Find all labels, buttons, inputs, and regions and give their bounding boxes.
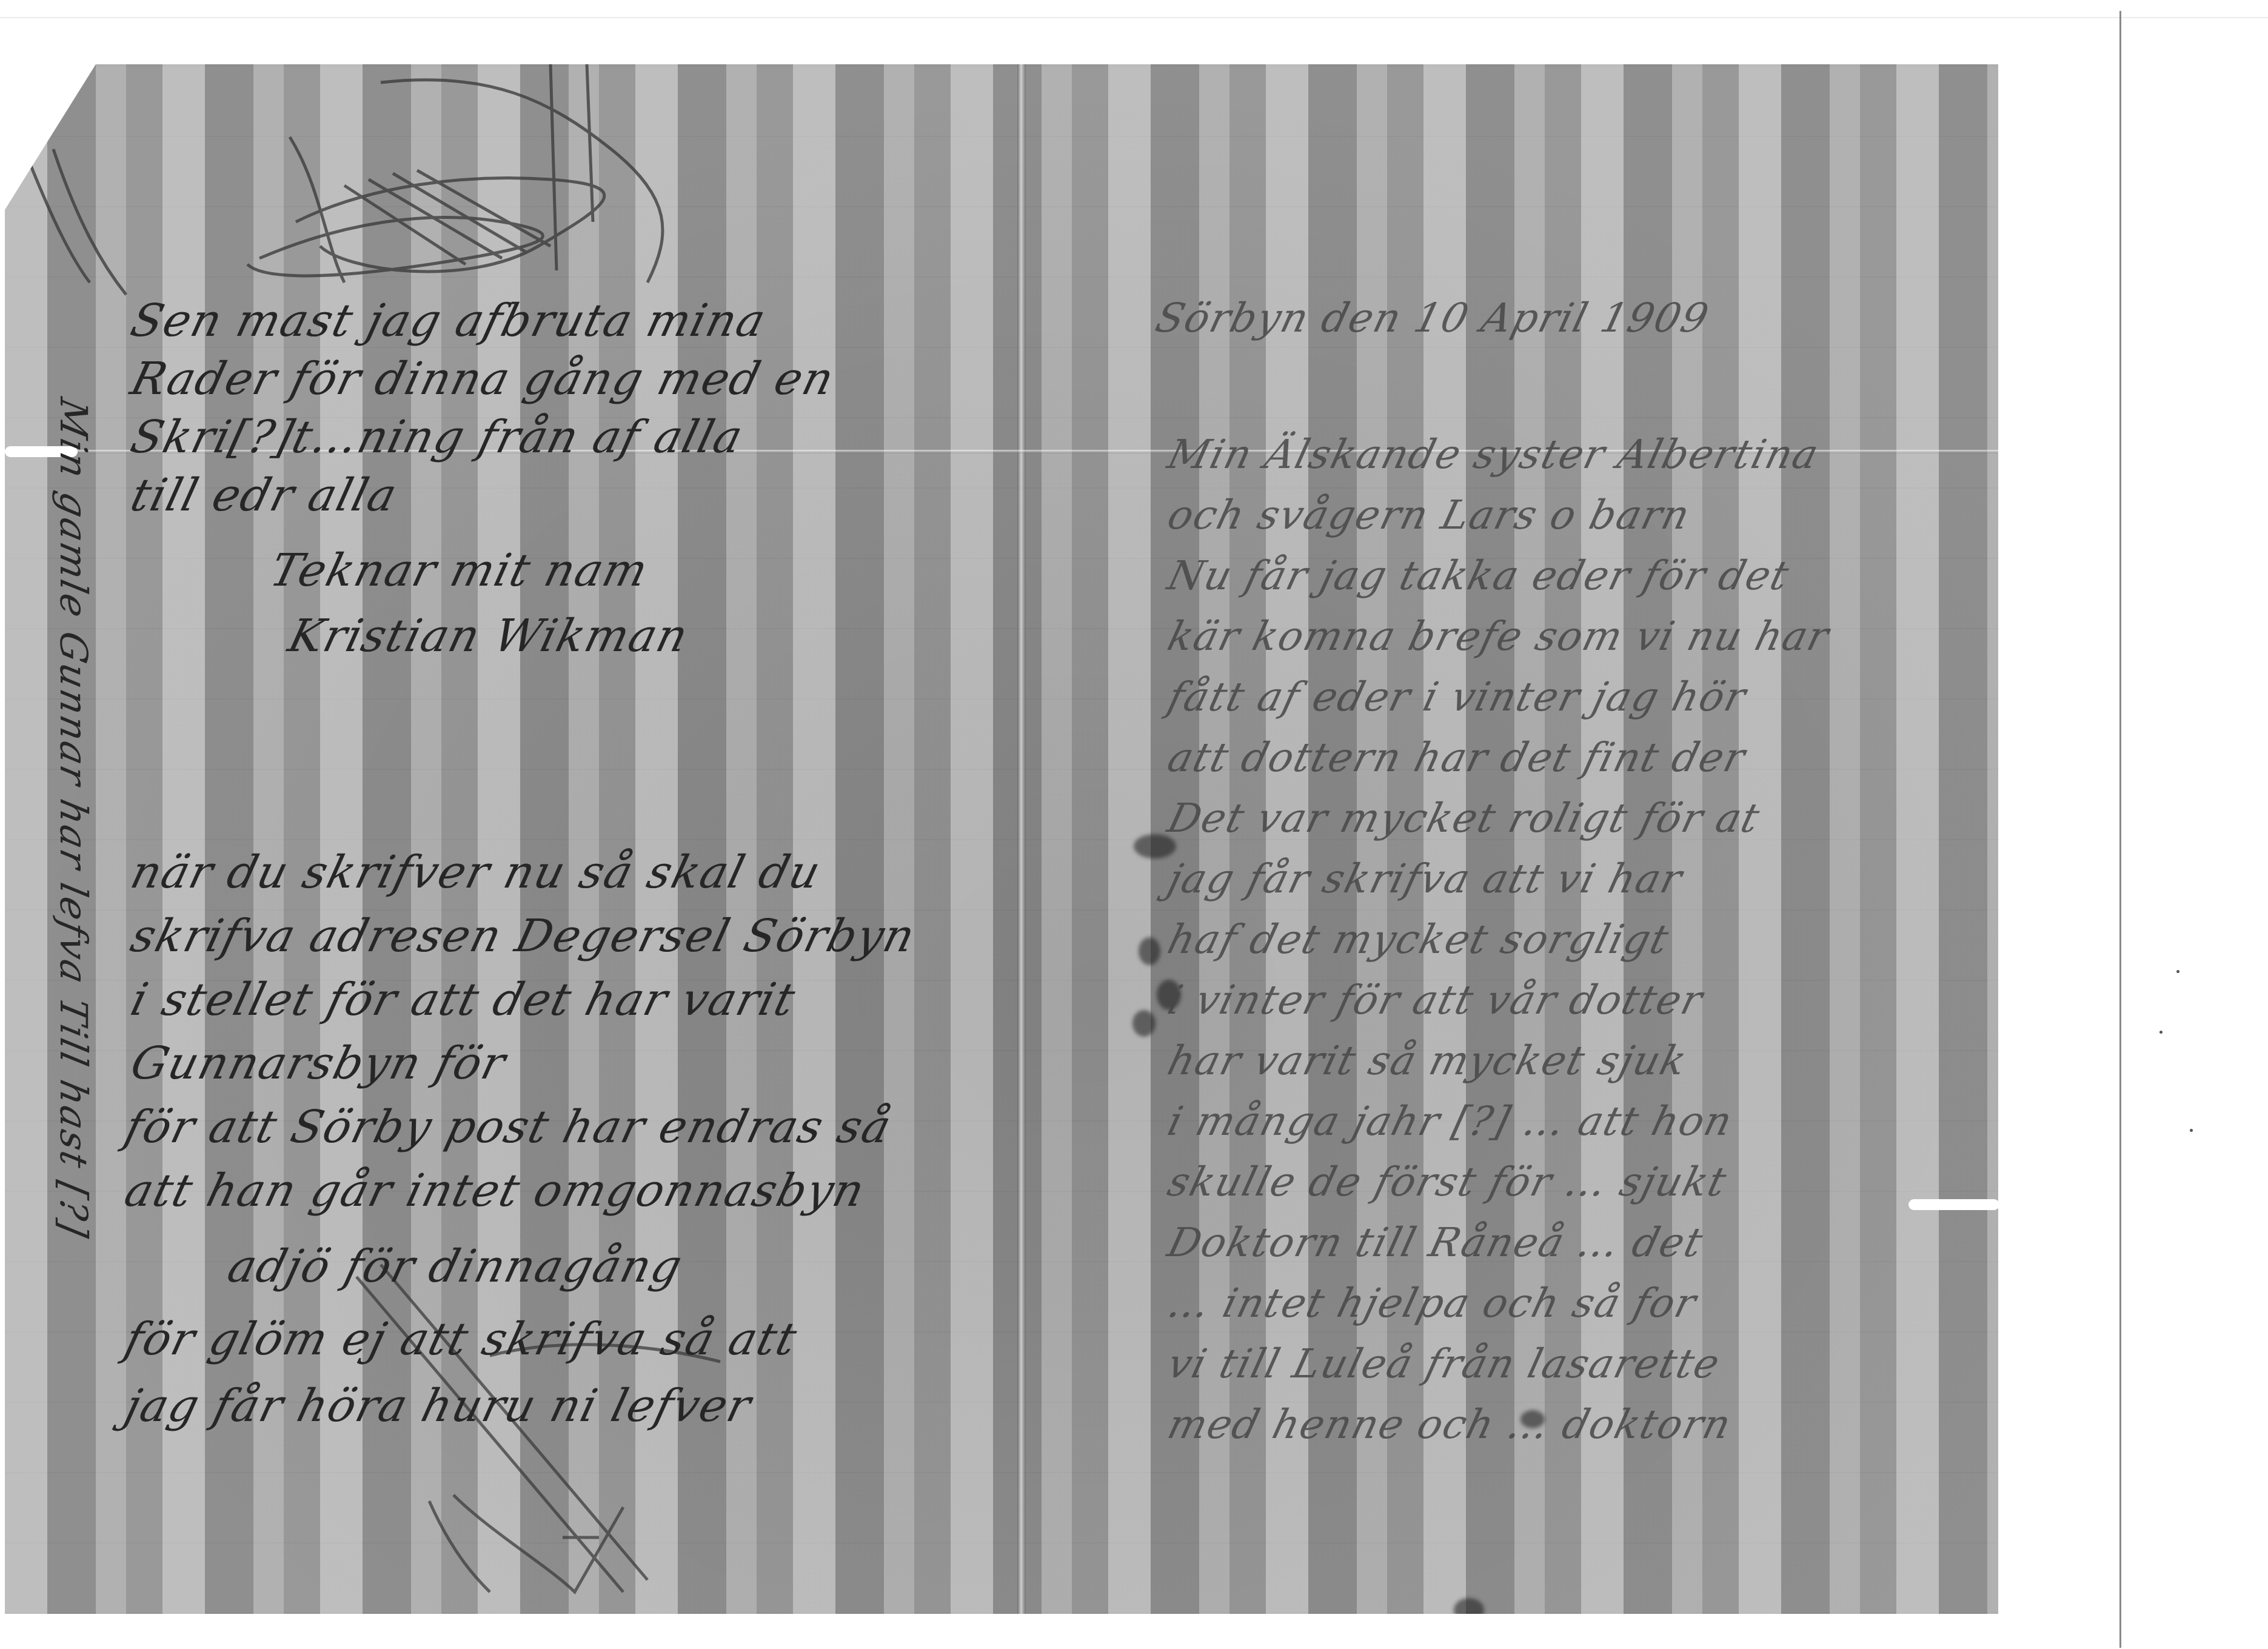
- centre-fold: [1017, 64, 1026, 1614]
- postscript-line: Gunnarsbyn för: [125, 1037, 512, 1089]
- dust-speck: [2190, 1129, 2193, 1132]
- letter-paper: Sen mast jag afbruta mina Rader för dinn…: [5, 64, 1998, 1614]
- letter-line: vi till Luleå från lasarette: [1163, 1340, 1725, 1387]
- letter-line: jag får skrifva att vi har: [1163, 855, 1687, 902]
- pencil-scribble-bottom: [308, 1253, 854, 1616]
- postscript-line: för glöm ej att skrifva så att: [119, 1313, 803, 1365]
- ink-spot: [1454, 1598, 1484, 1622]
- letter-line: fått af eder i vinter jag hör: [1163, 674, 1751, 720]
- closing-line: Sen mast jag afbruta mina: [125, 295, 772, 347]
- scanner-edge-line: [2119, 11, 2121, 1648]
- place-date: Sörbyn den 10 April 1909: [1151, 295, 1714, 341]
- letter-line: och svågern Lars o barn: [1163, 492, 1695, 538]
- letter-line: har varit så mycket sjuk: [1163, 1037, 1692, 1084]
- letter-line: i många jahr [?] … att hon: [1163, 1098, 1738, 1145]
- letter-line: Min Älskande syster Albertina: [1163, 431, 1824, 478]
- postscript-line: för att Sörby post har endras så: [119, 1101, 897, 1153]
- ink-spot: [1139, 937, 1160, 965]
- letter-line: haf det mycket sorgligt: [1163, 916, 1674, 963]
- closing-line: Skri[?]t…ning från af alla: [125, 411, 749, 463]
- postscript-line: i stellet för att det har varit: [125, 974, 801, 1026]
- letter-line: … intet hjelpa och så for: [1163, 1280, 1702, 1326]
- scanner-top-line: [0, 17, 2268, 18]
- closing-line: Rader för dinna gång med en: [125, 353, 840, 405]
- ink-spot: [1132, 1010, 1156, 1037]
- closing-line: till edr alla: [125, 469, 403, 521]
- letter-line: med henne och … doktorn: [1163, 1401, 1736, 1448]
- letter-line: skulle de först för … sjukt: [1163, 1159, 1731, 1205]
- pencil-scribble-top: [5, 64, 793, 319]
- letter-line: att dottern har det fint der: [1163, 734, 1750, 781]
- postscript-line: att han går intet omgonnasbyn: [119, 1165, 871, 1217]
- postscript-line: adjö för dinnagång: [222, 1240, 688, 1293]
- letter-line: Doktorn till Råneå … det: [1163, 1219, 1708, 1266]
- signature-line: Teknar mit nam: [265, 544, 654, 597]
- letter-line: Det var mycket roligt för at: [1163, 795, 1765, 841]
- letter-line: i vinter för att vår dotter: [1163, 977, 1708, 1023]
- letter-line: Nu får jag takka eder för det: [1163, 552, 1794, 599]
- letter-line: kär komna brefe som vi nu har: [1163, 613, 1834, 660]
- postscript-line: skrifva adresen Degersel Sörbyn: [125, 910, 921, 962]
- margin-note: Min gamle Gunnar har lefva Till hast [?]: [52, 394, 96, 1242]
- postscript-line: jag får höra huru ni lefver: [119, 1380, 757, 1432]
- dust-speck: [2176, 970, 2179, 973]
- fold-tear: [1908, 1199, 1999, 1210]
- postscript-line: när du skrifver nu så skal du: [125, 846, 826, 898]
- dust-speck: [2159, 1031, 2163, 1034]
- signature-name: Kristian Wikman: [283, 610, 694, 662]
